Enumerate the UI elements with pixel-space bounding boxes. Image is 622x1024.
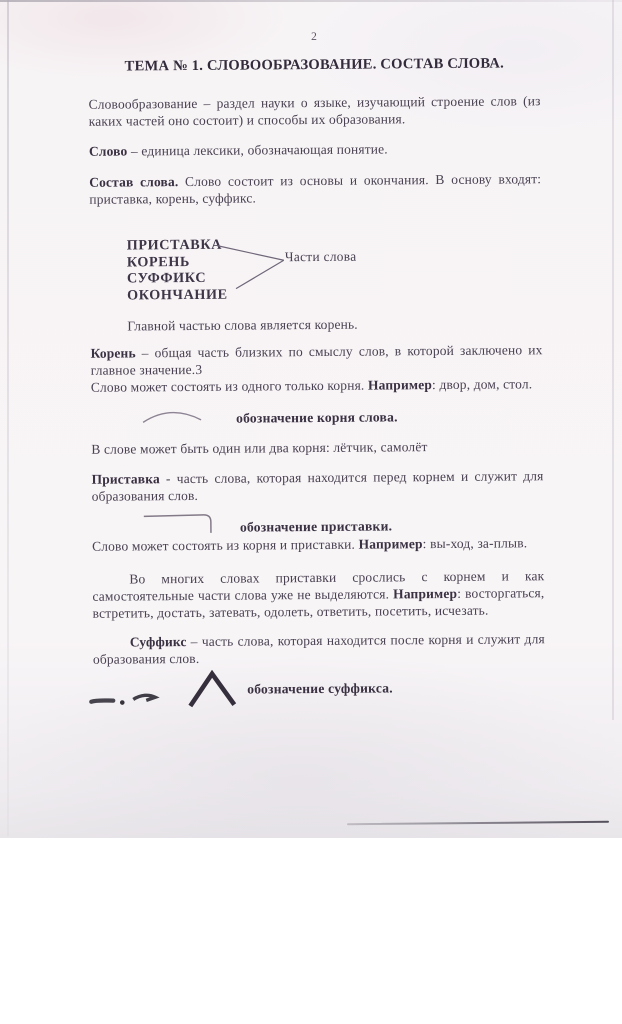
paragraph-text: Слово может состоять из корня и приставк… — [92, 537, 359, 554]
koren-example-paragraph: Слово может состоять из одного только ко… — [91, 375, 543, 396]
word-parts-diagram: ПРИСТАВКА КОРЕНЬ СУФФИКС ОКОНЧАНИЕ Части… — [127, 234, 543, 304]
ink-smudge-mark-icon — [87, 687, 163, 714]
paragraph-text: Главной частью слова является корень. — [127, 317, 358, 334]
paragraph-text: Словообразование – раздел науки о языке,… — [89, 93, 541, 129]
diagram-connector-lines-icon — [215, 241, 289, 294]
term-pristavka: Приставка — [91, 471, 159, 487]
scanner-background — [0, 838, 622, 1024]
page-number: 2 — [88, 28, 540, 46]
intro-paragraph: Словообразование – раздел науки о языке,… — [89, 92, 541, 130]
glavnoy-paragraph: Главной частью слова является корень. — [127, 314, 542, 334]
prefix-bracket-symbol-icon — [142, 512, 216, 536]
root-symbol-label: обозначение корня слова. — [236, 408, 398, 426]
diagram-part-okonchanie: ОКОНЧАНИЕ — [127, 284, 542, 304]
paragraph-text: - часть слова, которая находится перед к… — [92, 468, 544, 504]
paragraph-text: : двор, дом, стол. — [432, 376, 532, 392]
dva-kornya-paragraph: В слове может быть один или два корня: л… — [91, 437, 543, 458]
page-bottom-edge-line — [347, 821, 609, 826]
pristavka-definition-paragraph: Приставка - часть слова, которая находит… — [91, 467, 543, 505]
prefix-symbol-row: обозначение приставки. — [92, 509, 544, 536]
paragraph-text: : вы-ход, за-плыв. — [423, 535, 528, 551]
paragraph-text: – единица лексики, обозначающая понятие. — [127, 141, 388, 158]
paragraph-text: В слове может быть один или два корня: л… — [91, 439, 427, 457]
page-content: 2 ТЕМА № 1. СЛОВООБРАЗОВАНИЕ. СОСТАВ СЛО… — [88, 0, 546, 711]
scan-left-edge — [7, 0, 9, 836]
term-slovo: Слово — [89, 143, 128, 158]
scan-right-edge — [612, 0, 614, 720]
pristavka-example-paragraph: Слово может состоять из корня и приставк… — [92, 534, 544, 555]
bold-naprimer: Например — [359, 536, 423, 552]
koren-definition-paragraph: Корень – общая часть близких по смыслу с… — [90, 341, 542, 379]
suffix-caret-symbol-icon — [185, 670, 239, 708]
sostav-slova-paragraph: Состав слова. Слово состоит из основы и … — [89, 170, 541, 208]
bold-naprimer: Например — [368, 377, 432, 393]
term-koren: Корень — [90, 345, 135, 360]
document-title: ТЕМА № 1. СЛОВООБРАЗОВАНИЕ. СОСТАВ СЛОВА… — [88, 55, 540, 76]
paragraph-text: Слово может состоять из одного только ко… — [91, 378, 368, 395]
suffiks-definition-paragraph: Суффикс – часть слова, которая находится… — [93, 630, 545, 668]
term-suffiks: Суффикс — [130, 634, 187, 649]
diagram-label: Части слова — [285, 248, 357, 266]
prefix-symbol-label: обозначение приставки. — [240, 517, 392, 535]
root-arc-symbol-icon — [141, 407, 203, 425]
bold-naprimer: Например — [393, 586, 457, 602]
scanned-page: 2 ТЕМА № 1. СЛОВООБРАЗОВАНИЕ. СОСТАВ СЛО… — [0, 0, 622, 838]
slovo-definition-paragraph: Слово – единица лексики, обозначающая по… — [89, 139, 541, 160]
suffix-symbol-label: обозначение суффикса. — [247, 679, 393, 697]
root-symbol-row: обозначение корня слова. — [91, 404, 543, 429]
term-sostav-slova: Состав слова. — [89, 174, 178, 190]
srostlis-paragraph: Во многих словах приставки срослись с ко… — [92, 567, 544, 622]
suffix-symbol-row: обозначение суффикса. — [93, 667, 545, 711]
paragraph-text: – общая часть близких по смыслу слов, в … — [91, 342, 543, 378]
scan-top-edge — [0, 0, 622, 2]
